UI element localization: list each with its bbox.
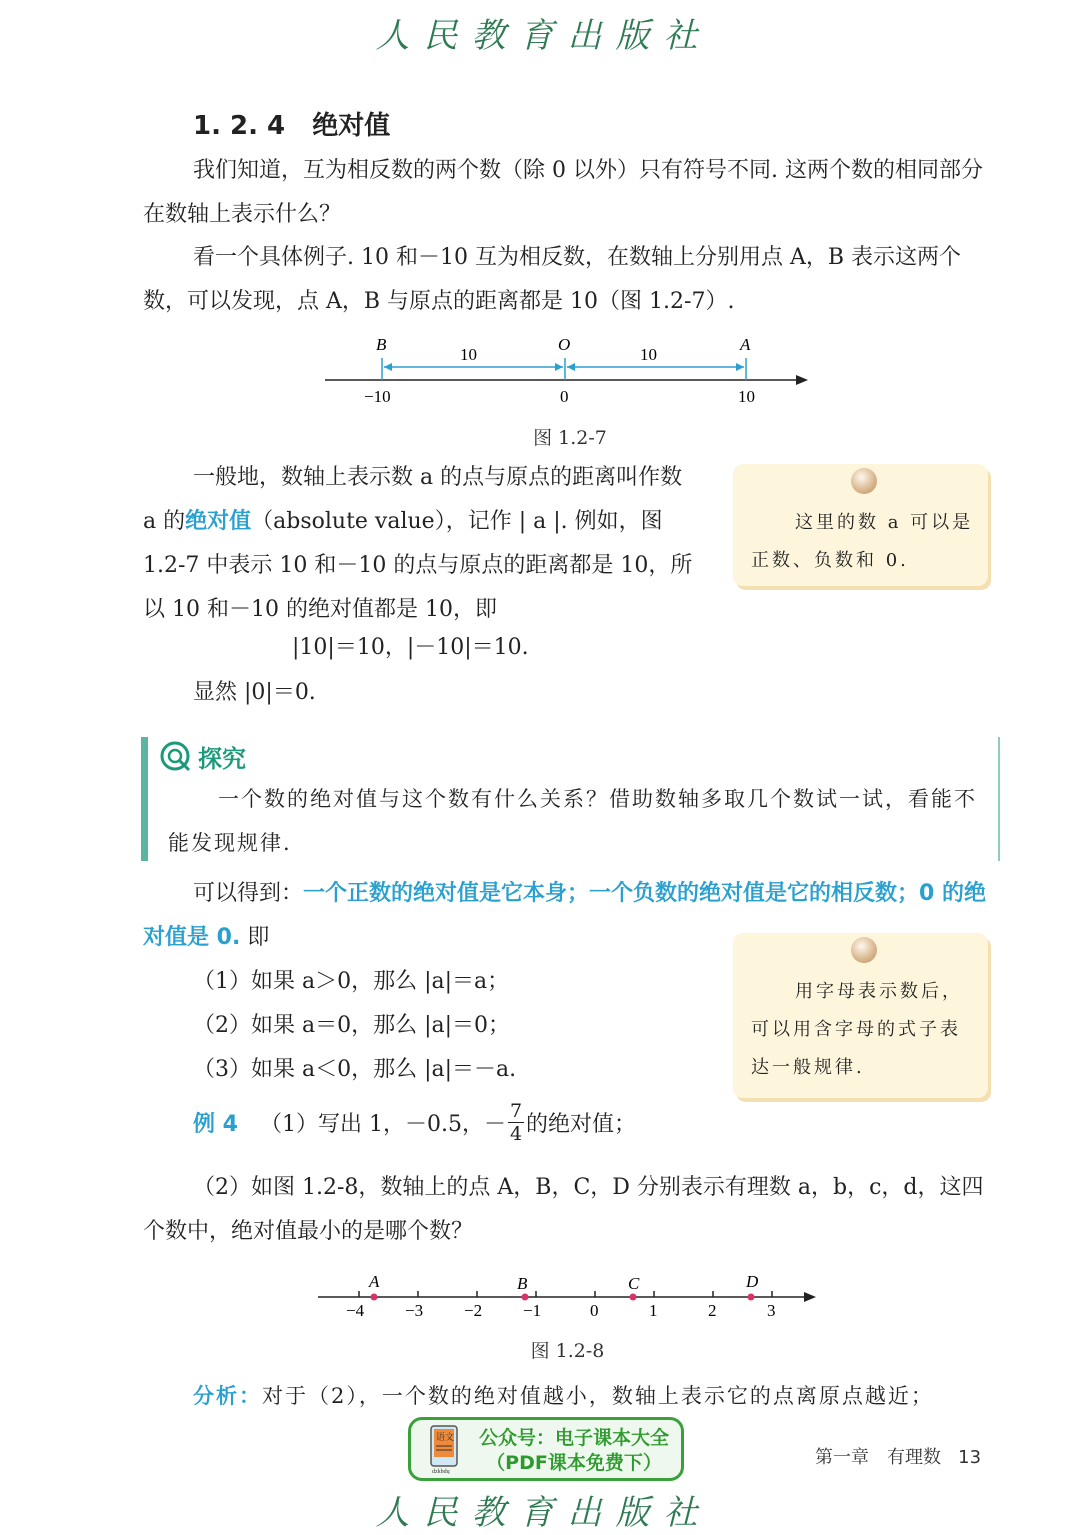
svg-text:2: 2 [708,1301,717,1320]
watermark-banner[interactable]: 语文 dzkbdq 公众号：电子课本大全 （PDF课本免费下） [408,1417,684,1481]
section-name: 绝对值 [312,111,390,141]
svg-text:10: 10 [640,345,657,364]
cases-list: （1）如果 a＞0，那么 |a|＝a； （2）如果 a＝0，那么 |a|＝0； … [193,960,516,1092]
obvious-statement: 显然 |0|＝0. [193,675,316,706]
example-4-part-1: 例 4 （1）写出 1，－0.5，－ 7 4 的绝对值； [193,1100,636,1145]
svg-text:D: D [745,1272,759,1291]
paragraph-2: 看一个具体例子. 10 和－10 互为相反数，在数轴上分别用点 A，B 表示这两… [143,236,993,324]
term-absolute-value: 绝对值 [185,509,251,534]
svg-text:A: A [368,1272,380,1291]
figure-1-caption: 图 1.2-7 [320,423,820,450]
svg-text:语文: 语文 [436,1431,454,1442]
case-2: （2）如果 a＝0，那么 |a|＝0； [193,1004,516,1048]
section-title: 1. 2. 4 绝对值 [193,105,390,142]
svg-text:−10: −10 [364,387,391,406]
analysis-label: 分析： [193,1384,262,1408]
svg-text:3: 3 [767,1301,776,1320]
svg-text:−1: −1 [523,1301,541,1320]
svg-text:B: B [517,1274,528,1293]
svg-text:0: 0 [590,1301,599,1320]
figure-2-caption: 图 1.2-8 [310,1336,825,1363]
banner-line-1: 公众号：电子课本大全 [469,1423,679,1450]
page-number: 13 [958,1447,981,1468]
svg-text:dzkbdq: dzkbdq [432,1469,450,1474]
pin-icon [851,937,877,963]
svg-text:C: C [628,1274,640,1293]
svg-text:−2: −2 [464,1301,482,1320]
explore-text: 一个数的绝对值与这个数有什么关系？借助数轴多取几个数试一试，看能不能发现规律. [168,777,983,865]
case-3: （3）如果 a＜0，那么 |a|＝－a. [193,1048,516,1092]
tablet-book-icon: 语文 dzkbdq [427,1424,461,1474]
svg-text:O: O [558,335,570,354]
paragraph-3: 一般地，数轴上表示数 a 的点与原点的距离叫作数 a 的绝对值（absolute… [143,456,698,632]
svg-text:B: B [376,335,387,354]
section-number: 1. 2. 4 [193,111,285,141]
svg-text:−4: −4 [346,1301,365,1320]
explore-title: 探究 [198,739,246,774]
example-label: 例 4 [193,1107,238,1138]
analysis: 分析：对于（2），一个数的绝对值越小，数轴上表示它的点离原点越近； [193,1380,934,1410]
formula: |10|＝10，|－10|＝10. [292,630,529,661]
explore-box: 探究 一个数的绝对值与这个数有什么关系？借助数轴多取几个数试一试，看能不能发现规… [141,737,1000,861]
publisher-header: 人民教育出版社 [0,8,1087,57]
side-note-1: 这里的数 a 可以是 正数、负数和 0. [733,464,988,586]
svg-text:10: 10 [460,345,477,364]
magnifier-icon [160,741,192,773]
svg-text:A: A [739,335,751,354]
banner-line-2: （PDF课本免费下） [469,1448,679,1475]
svg-text:1: 1 [649,1301,658,1320]
page-footer: 第一章 有理数 13 [815,1443,981,1469]
chapter-label: 第一章 有理数 [815,1447,941,1468]
paragraph-1: 我们知道，互为相反数的两个数（除 0 以外）只有符号不同. 这两个数的相同部分在… [143,149,993,237]
svg-text:10: 10 [738,387,755,406]
svg-text:−3: −3 [405,1301,423,1320]
svg-text:0: 0 [560,387,569,406]
publisher-footer: 人民教育出版社 [0,1485,1087,1534]
pin-icon [851,468,877,494]
example-4-part-2: （2）如图 1.2-8，数轴上的点 A，B，C，D 分别表示有理数 a，b，c，… [143,1166,993,1254]
side-note-2: 用字母表示数后， 可以用含字母的式子表 达一般规律. [733,933,988,1098]
number-line-figure-2: A B C D −4 −3 −2 −1 0 1 2 3 [310,1268,825,1330]
fraction: 7 4 [508,1100,524,1145]
case-1: （1）如果 a＞0，那么 |a|＝a； [193,960,516,1004]
number-line-figure-1: B O A 10 10 −10 0 10 [320,330,820,410]
